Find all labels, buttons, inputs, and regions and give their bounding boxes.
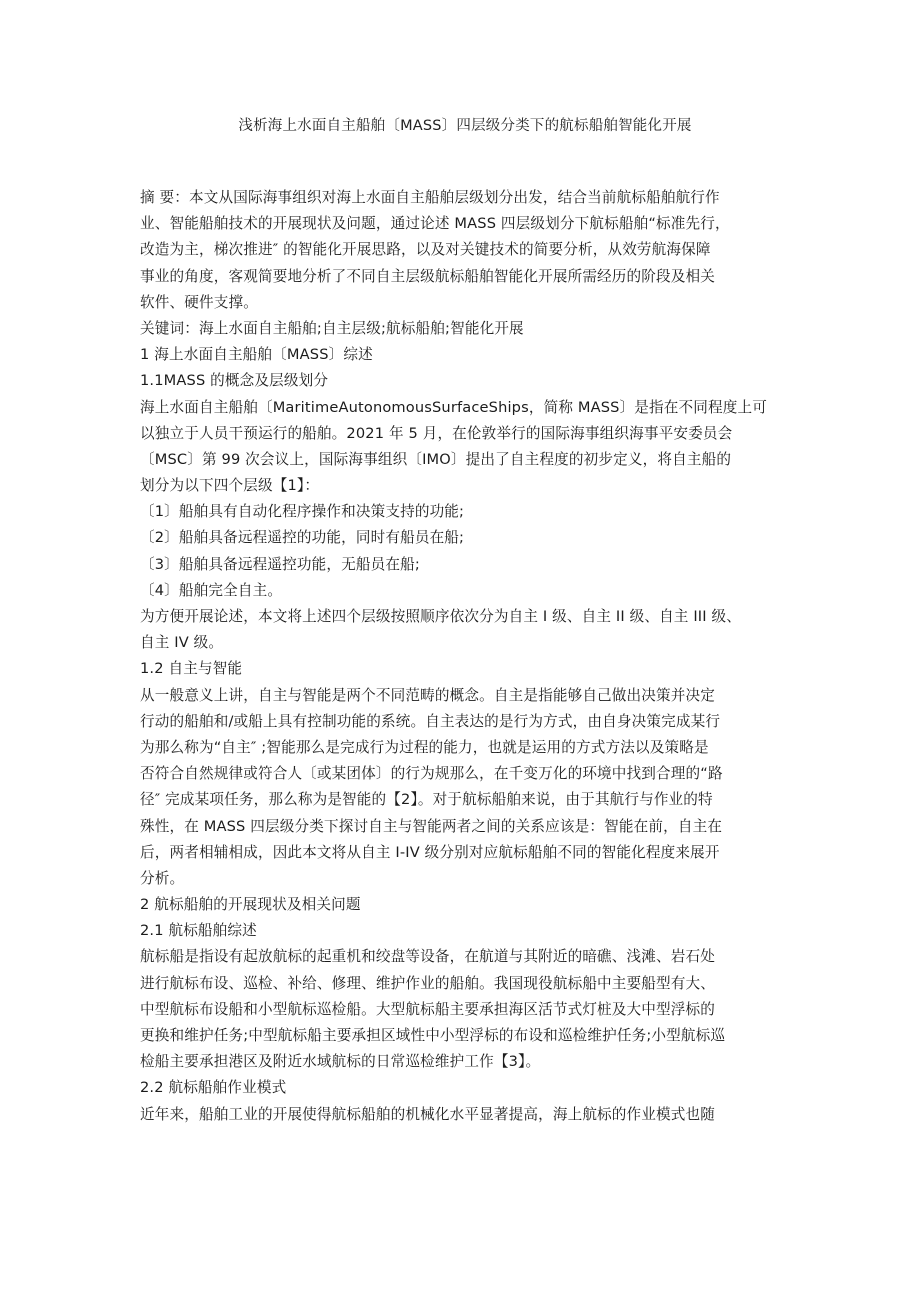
- list-item: 〔4〕船舶完全自主。: [140, 578, 800, 604]
- section-heading: 2 航标船舶的开展现状及相关问题: [140, 892, 800, 918]
- paragraph-line: 〔MSC〕第 99 次会议上，国际海事组织〔IMO〕提出了自主程度的初步定义，将…: [140, 447, 800, 473]
- paragraph-line: 自主 IV 级。: [140, 630, 800, 656]
- paragraph-line: 后，两者相辅相成，因此本文将从自主 I-IV 级分别对应航标船舶不同的智能化程度…: [140, 840, 800, 866]
- paragraph-line: 海上水面自主船舶〔MaritimeAutonomousSurfaceShips，…: [140, 395, 800, 421]
- subsection-heading: 1.2 自主与智能: [140, 656, 800, 682]
- paragraph-line: 殊性，在 MASS 四层级分类下探讨自主与智能两者之间的关系应该是：智能在前，自…: [140, 814, 800, 840]
- paragraph-line: 行动的船舶和/或船上具有控制功能的系统。自主表达的是行为方式，由自身决策完成某行: [140, 709, 800, 735]
- list-item: 〔2〕船舶具备远程遥控的功能，同时有船员在船;: [140, 525, 800, 551]
- paragraph-line: 从一般意义上讲，自主与智能是两个不同范畴的概念。自主是指能够自己做出决策并决定: [140, 683, 800, 709]
- paragraph-line: 更换和维护任务;中型航标船主要承担区域性中小型浮标的布设和巡检维护任务;小型航标…: [140, 1023, 800, 1049]
- paragraph-line: 否符合自然规律或符合人〔或某团体〕的行为规那么，在千变万化的环境中找到合理的“路: [140, 761, 800, 787]
- paragraph-line: 进行航标布设、巡检、补给、修理、维护作业的船舶。我国现役航标船中主要船型有大、: [140, 971, 800, 997]
- paragraph-line: 为那么称为“自主″ ;智能那么是完成行为过程的能力，也就是运用的方式方法以及策略…: [140, 735, 800, 761]
- document-title: 浅析海上水面自主船舶〔MASS〕四层级分类下的航标船舶智能化开展: [140, 116, 790, 136]
- paragraph-line: 划分为以下四个层级【1】：: [140, 473, 800, 499]
- list-item: 〔1〕船舶具有自动化程序操作和决策支持的功能;: [140, 499, 800, 525]
- abstract-line: 改造为主，梯次推进″ 的智能化开展思路，以及对关键技术的简要分析，从效劳航海保障: [140, 237, 800, 263]
- subsection-heading: 2.2 航标船舶作业模式: [140, 1075, 800, 1101]
- abstract-line: 摘 要：本文从国际海事组织对海上水面自主船舶层级划分出发，结合当前航标船舶航行作: [140, 185, 800, 211]
- paragraph-line: 检船主要承担港区及附近水域航标的日常巡检维护工作【3】。: [140, 1049, 800, 1075]
- paragraph-line: 近年来，船舶工业的开展使得航标船舶的机械化水平显著提高，海上航标的作业模式也随: [140, 1102, 800, 1128]
- abstract-line: 业、智能船舶技术的开展现状及问题，通过论述 MASS 四层级划分下航标船舶“标准…: [140, 211, 800, 237]
- paragraph-line: 径″ 完成某项任务，那么称为是智能的【2】。对于航标船舶来说，由于其航行与作业的…: [140, 787, 800, 813]
- subsection-heading: 2.1 航标船舶综述: [140, 918, 800, 944]
- paragraph-line: 分析。: [140, 866, 800, 892]
- list-item: 〔3〕船舶具备远程遥控功能，无船员在船;: [140, 552, 800, 578]
- keywords-line: 关键词：海上水面自主船舶;自主层级;航标船舶;智能化开展: [140, 316, 800, 342]
- document-body: 摘 要：本文从国际海事组织对海上水面自主船舶层级划分出发，结合当前航标船舶航行作…: [140, 185, 800, 1128]
- abstract-line: 软件、硬件支撑。: [140, 290, 800, 316]
- abstract-line: 事业的角度，客观简要地分析了不同自主层级航标船舶智能化开展所需经历的阶段及相关: [140, 264, 800, 290]
- paragraph-line: 以独立于人员干预运行的船舶。2021 年 5 月，在伦敦举行的国际海事组织海事平…: [140, 421, 800, 447]
- paragraph-line: 为方便开展论述，本文将上述四个层级按照顺序依次分为自主 I 级、自主 II 级、…: [140, 604, 800, 630]
- section-heading: 1 海上水面自主船舶〔MASS〕综述: [140, 342, 800, 368]
- subsection-heading: 1.1MASS 的概念及层级划分: [140, 368, 800, 394]
- paragraph-line: 航标船是指设有起放航标的起重机和绞盘等设备，在航道与其附近的暗礁、浅滩、岩石处: [140, 944, 800, 970]
- paragraph-line: 中型航标布设船和小型航标巡检船。大型航标船主要承担海区活节式灯桩及大中型浮标的: [140, 997, 800, 1023]
